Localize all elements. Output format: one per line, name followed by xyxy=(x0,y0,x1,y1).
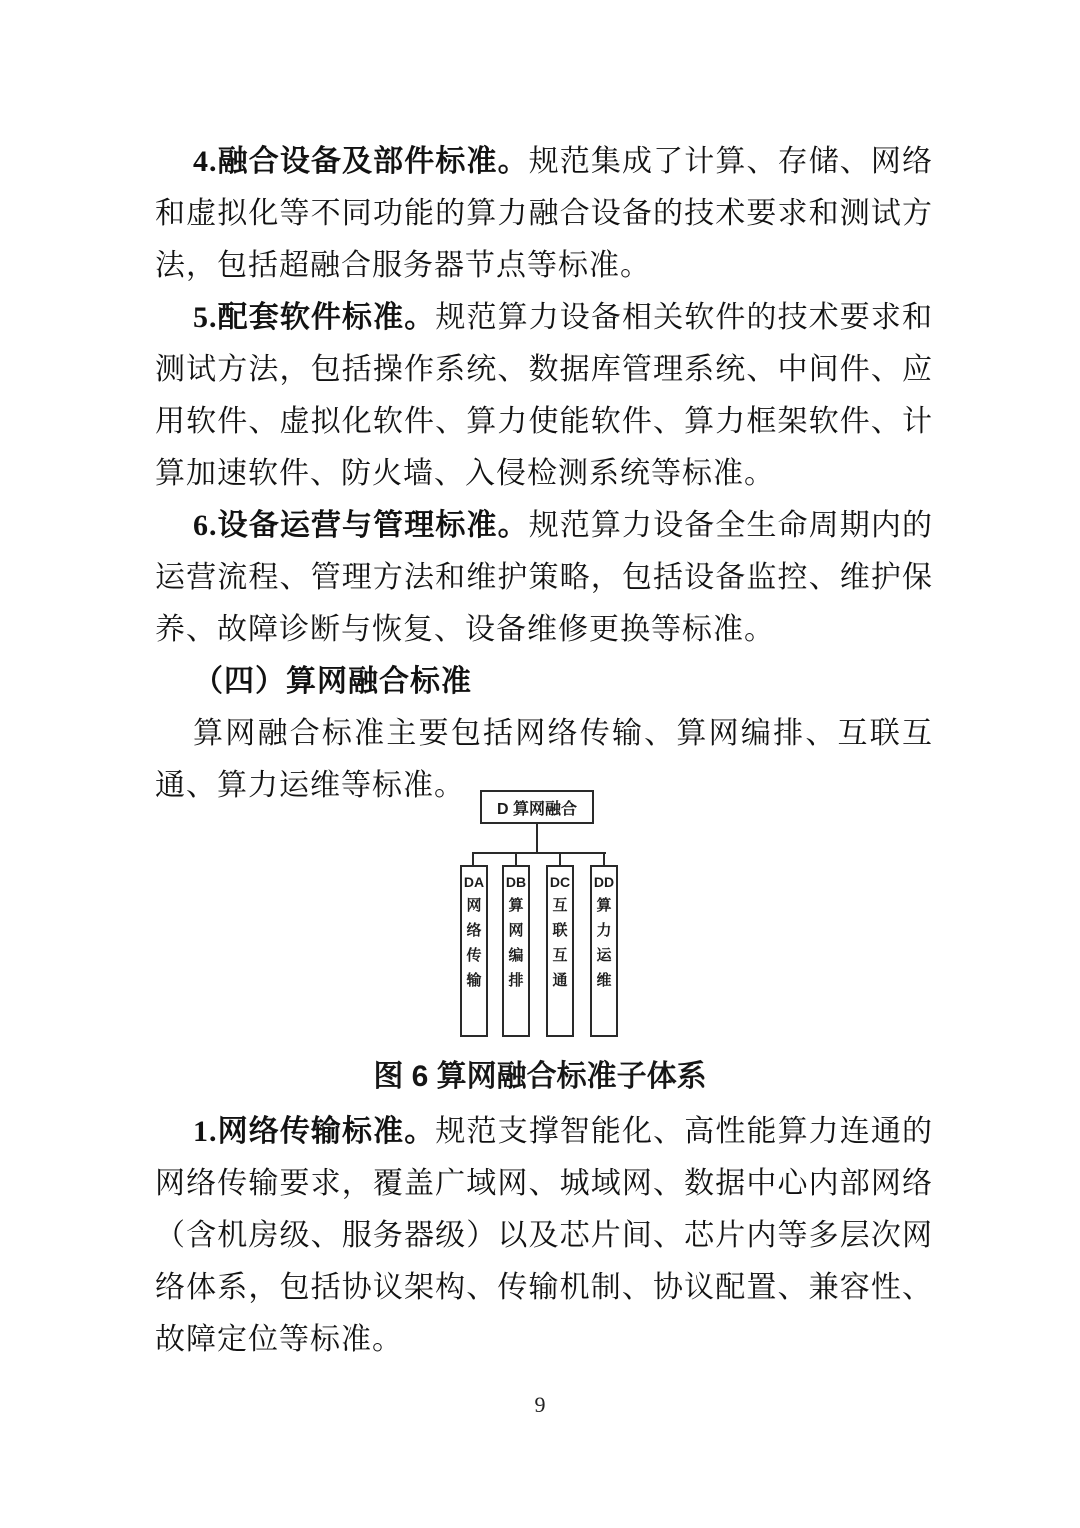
paragraph-lead: 5.配套软件标准。 xyxy=(193,301,435,334)
connector-line xyxy=(603,852,605,865)
paragraph-lead: 6.设备运营与管理标准。 xyxy=(193,509,529,542)
connector-line xyxy=(536,824,538,853)
diagram-box-da: DA 网络传输 xyxy=(460,865,488,1037)
diagram-box-db: DB 算网编排 xyxy=(502,865,530,1037)
document-page: 4.融合设备及部件标准。规范集成了计算、存储、网络和虚拟化等不同功能的算力融合设… xyxy=(0,0,1080,1528)
connector-line xyxy=(472,852,474,865)
paragraph-lead: 4.融合设备及部件标准。 xyxy=(193,145,529,178)
diagram-root-box: D 算网融合 xyxy=(480,790,594,824)
connector-line xyxy=(559,852,561,865)
diagram-box-code: DD xyxy=(592,871,616,893)
diagram-box-label: 网络传输 xyxy=(467,893,482,993)
diagram-box-label: 互联互通 xyxy=(553,893,568,993)
paragraph-item-1: 1.网络传输标准。规范支撑智能化、高性能算力连通的网络传输要求，覆盖广域网、城域… xyxy=(155,1106,933,1366)
paragraph-item-6: 6.设备运营与管理标准。规范算力设备全生命周期内的运营流程、管理方法和维护策略，… xyxy=(155,500,933,656)
paragraph-item-5: 5.配套软件标准。规范算力设备相关软件的技术要求和测试方法，包括操作系统、数据库… xyxy=(155,292,933,500)
page-number: 9 xyxy=(0,1392,1080,1418)
diagram-box-code: DB xyxy=(504,871,528,893)
figure-caption: 图 6 算网融合标准子体系 xyxy=(0,1056,1080,1098)
diagram-box-code: DA xyxy=(462,871,486,893)
diagram-box-dc: DC 互联互通 xyxy=(546,865,574,1037)
connector-line xyxy=(472,852,606,854)
figure-diagram: D 算网融合 DA 网络传输 DB 算网编排 DC 互联互通 DD 算力运维 xyxy=(455,786,625,1038)
diagram-box-code: DC xyxy=(548,871,572,893)
text-column-bottom: 1.网络传输标准。规范支撑智能化、高性能算力连通的网络传输要求，覆盖广域网、城域… xyxy=(155,1106,933,1366)
diagram-box-label: 算网编排 xyxy=(509,893,524,993)
paragraph-item-4: 4.融合设备及部件标准。规范集成了计算、存储、网络和虚拟化等不同功能的算力融合设… xyxy=(155,136,933,292)
diagram-box-label: 算力运维 xyxy=(597,893,612,993)
text-column-top: 4.融合设备及部件标准。规范集成了计算、存储、网络和虚拟化等不同功能的算力融合设… xyxy=(155,136,933,812)
section-heading: （四）算网融合标准 xyxy=(155,656,933,708)
paragraph-body: 规范支撑智能化、高性能算力连通的网络传输要求，覆盖广域网、城域网、数据中心内部网… xyxy=(155,1115,933,1356)
paragraph-lead: 1.网络传输标准。 xyxy=(193,1115,435,1148)
connector-line xyxy=(515,852,517,865)
diagram-box-dd: DD 算力运维 xyxy=(590,865,618,1037)
